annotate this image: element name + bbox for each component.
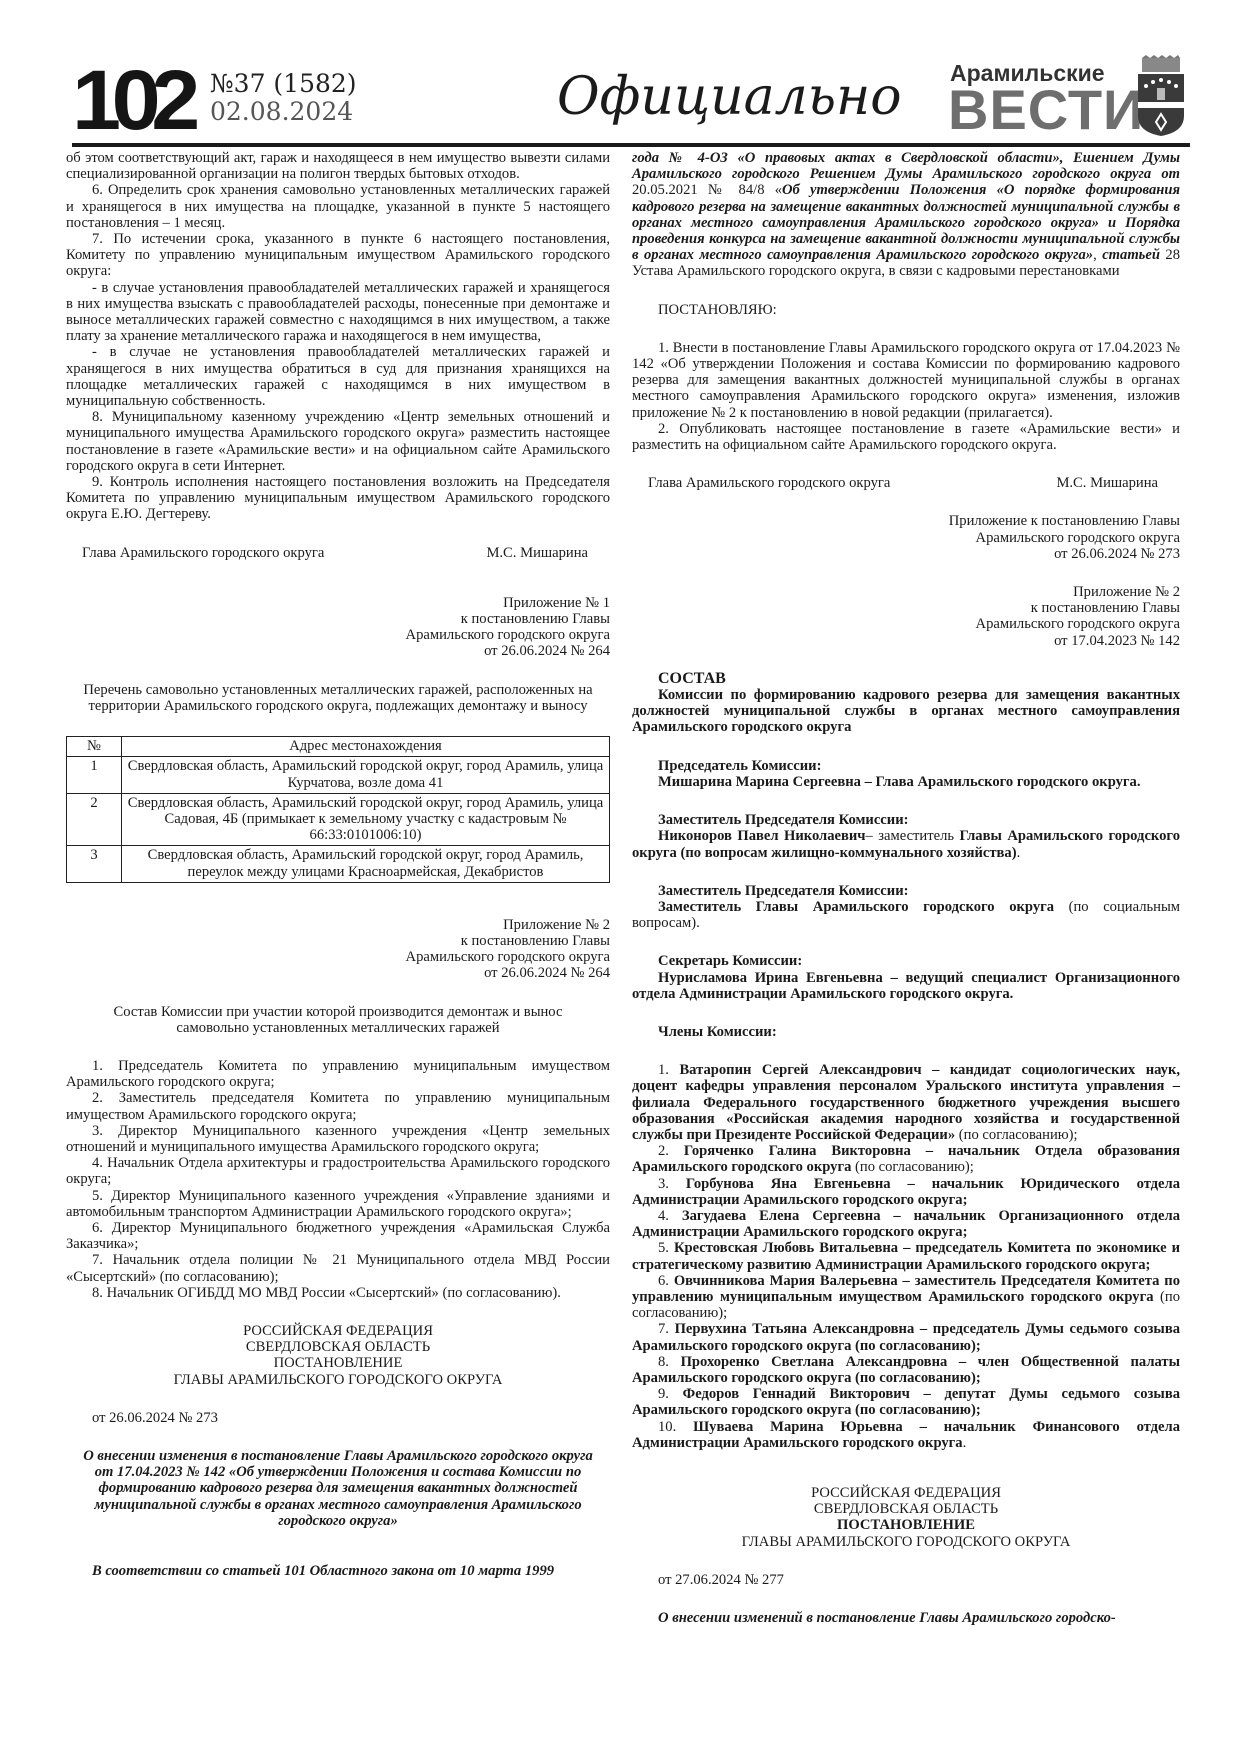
list-item: 4. Загудаева Елена Сергеевна – начальник… (632, 1208, 1180, 1240)
list-item: 8. Прохоренко Светлана Александровна – ч… (632, 1354, 1180, 1386)
members-list: 1. Ватаропин Сергей Александрович – канд… (632, 1062, 1180, 1451)
page-number: 102 (72, 60, 191, 140)
deputy-label: Заместитель Председателя Комиссии: (632, 883, 1180, 899)
coat-of-arms-icon (1134, 54, 1188, 138)
table-row: 1 Свердловская область, Арамильский горо… (67, 757, 610, 793)
commission-list: 1. Председатель Комитета по управлению м… (66, 1058, 610, 1301)
resolve-heading: ПОСТАНОВЛЯЮ: (632, 302, 1180, 318)
list-item: 7. Первухина Татьяна Александровна – пре… (632, 1321, 1180, 1353)
decree-2-header: РОССИЙСКАЯ ФЕДЕРАЦИЯ СВЕРДЛОВСКАЯ ОБЛАСТ… (632, 1485, 1180, 1550)
paragraph: - в случае не установления правообладате… (66, 344, 610, 409)
chair: Мишарина Марина Сергеевна – Глава Арамил… (632, 774, 1180, 790)
signature-name: М.С. Мишарина (486, 545, 588, 561)
column-header-address: Адрес местонахождения (122, 737, 610, 757)
paragraph: 2. Опубликовать настоящее постановление … (632, 421, 1180, 453)
decree-subject: О внесении изменения в постановление Гла… (66, 1448, 610, 1529)
appendix-1-reference: Приложение № 1 к постановлению Главы Ара… (66, 595, 610, 660)
list-item: 2. Горяченко Галина Викторовна – начальн… (632, 1143, 1180, 1175)
list-item: 4. Начальник Отдела архитектуры и градос… (66, 1155, 610, 1187)
table-row: 2 Свердловская область, Арамильский горо… (67, 793, 610, 846)
signature-block: Глава Арамильского городского округа М.С… (632, 475, 1180, 491)
decree-basis-continued: года № 4-ОЗ «О правовых актах в Свердлов… (632, 150, 1180, 280)
issue-date: 02.08.2024 (210, 98, 353, 126)
appendix-2-reference: Приложение № 2 к постановлению Главы Ара… (66, 917, 610, 982)
decree-header: РОССИЙСКАЯ ФЕДЕРАЦИЯ СВЕРДЛОВСКАЯ ОБЛАСТ… (66, 1323, 610, 1388)
decree-date: от 26.06.2024 № 273 (66, 1410, 610, 1426)
paragraph: об этом соответствующий акт, гараж и нах… (66, 150, 610, 182)
header-rule (72, 143, 1190, 147)
paragraph: 6. Определить срок хранения самовольно у… (66, 182, 610, 231)
masthead: 102 №37 (1582) 02.08.2024 Официально Ара… (72, 48, 1190, 144)
list-item: 3. Директор Муниципального казенного учр… (66, 1123, 610, 1155)
list-item: 7. Начальник отдела полиции № 21 Муницип… (66, 1252, 610, 1284)
table-row: 3 Свердловская область, Арамильский горо… (67, 846, 610, 882)
list-item: 1. Ватаропин Сергей Александрович – канд… (632, 1062, 1180, 1143)
deputy-1: Никоноров Павел Николаевич– заместитель … (632, 828, 1180, 860)
list-item: 8. Начальник ОГИБДД МО МВД России «Сысер… (66, 1285, 610, 1301)
decree-2-date: от 27.06.2024 № 277 (632, 1572, 1180, 1588)
appendix-reference: Приложение к постановлению Главы Арамиль… (632, 513, 1180, 562)
composition-title: СОСТАВ (632, 671, 1180, 687)
paragraph: 8. Муниципальному казенному учреждению «… (66, 409, 610, 474)
secretary-label: Секретарь Комиссии: (632, 953, 1180, 969)
paragraph: 7. По истечении срока, указанного в пунк… (66, 231, 610, 280)
list-item: 6. Директор Муниципального бюджетного уч… (66, 1220, 610, 1252)
brand-name-bottom: ВЕСТИ (948, 80, 1144, 140)
appendix-1-title: Перечень самовольно установленных металл… (66, 682, 610, 714)
left-column: об этом соответствующий акт, гараж и нах… (66, 150, 610, 1579)
paragraph: 9. Контроль исполнения настоящего постан… (66, 474, 610, 523)
right-column: года № 4-ОЗ «О правовых актах в Свердлов… (632, 150, 1180, 1626)
chair-label: Председатель Комиссии: (632, 758, 1180, 774)
list-item: 9. Федоров Геннадий Викторович – депутат… (632, 1386, 1180, 1418)
deputy-label: Заместитель Председателя Комиссии: (632, 812, 1180, 828)
signature-name: М.С. Мишарина (1056, 475, 1158, 491)
list-item: 5. Крестовская Любовь Витальевна – предс… (632, 1240, 1180, 1272)
secretary: Нурисламова Ирина Евгеньевна – ведущий с… (632, 970, 1180, 1002)
section-title: Официально (557, 66, 902, 128)
list-item: 5. Директор Муниципального казенного учр… (66, 1188, 610, 1220)
list-item: 1. Председатель Комитета по управлению м… (66, 1058, 610, 1090)
signature-block: Глава Арамильского городского округа М.С… (66, 545, 610, 561)
members-label: Члены Комиссии: (632, 1024, 1180, 1040)
signature-title: Глава Арамильского городского округа (648, 475, 890, 491)
paragraph: 1. Внести в постановление Главы Арамильс… (632, 340, 1180, 421)
list-item: 2. Заместитель председателя Комитета по … (66, 1090, 610, 1122)
appendix-2-reference: Приложение № 2 к постановлению Главы Ара… (632, 584, 1180, 649)
signature-title: Глава Арамильского городского округа (82, 545, 324, 561)
column-header-number: № (67, 737, 122, 757)
list-item: 3. Горбунова Яна Евгеньевна – начальник … (632, 1176, 1180, 1208)
paragraph: - в случае установления правообладателей… (66, 280, 610, 345)
deputy-2: Заместитель Главы Арамильского городског… (632, 899, 1180, 931)
list-item: 10. Шуваева Марина Юрьевна – начальник Ф… (632, 1419, 1180, 1451)
list-item: 6. Овчинникова Мария Валерьевна – замест… (632, 1273, 1180, 1322)
decree-2-subject: О внесении изменений в постановление Гла… (632, 1610, 1180, 1626)
appendix-2-title: Состав Комиссии при участии которой прои… (66, 1004, 610, 1036)
composition-subtitle: Комиссии по формированию кадрового резер… (632, 687, 1180, 736)
decree-basis: В соответствии со статьей 101 Областного… (66, 1563, 610, 1579)
garage-address-table: № Адрес местонахождения 1 Свердловская о… (66, 736, 610, 883)
issue-number: №37 (1582) (210, 70, 357, 98)
